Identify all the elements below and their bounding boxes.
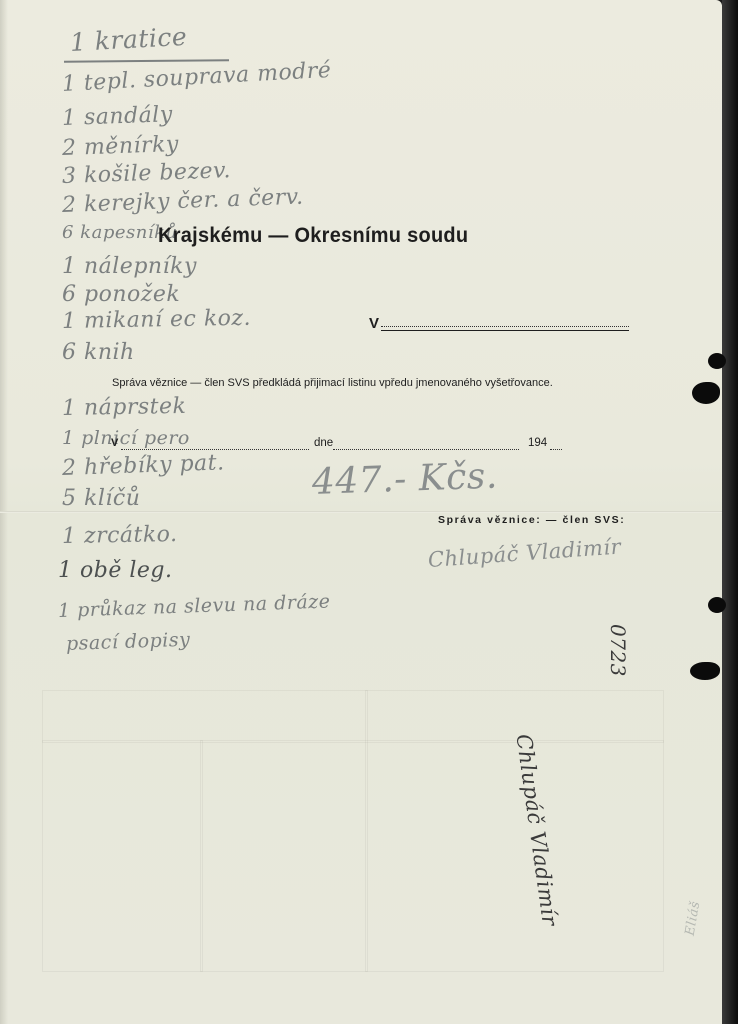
court-location-field[interactable] — [381, 326, 629, 327]
inventory-heading: 1 kratice — [69, 22, 188, 57]
punch-hole — [708, 597, 726, 613]
form-statement: Správa věznice — člen SVS předkládá přij… — [112, 377, 553, 389]
inventory-item: 2 kerejky čer. a červ. — [62, 185, 304, 218]
inventory-item: 2 měnírky — [62, 132, 180, 161]
handwritten-amount: 447.- Kčs. — [311, 456, 498, 503]
handwritten-signature: Chlupáč Vladimír — [427, 535, 622, 572]
show-through-row — [42, 740, 664, 743]
inventory-item: 1 náprstek — [62, 394, 187, 421]
document-page: 1 kratice 1 tepl. souprava modré 1 sandá… — [0, 0, 722, 1024]
court-location-underline — [381, 330, 629, 331]
punch-hole — [708, 353, 726, 369]
inventory-item: 3 košile bezev. — [62, 158, 232, 189]
inventory-item: 1 průkaz na slevu na dráze — [58, 590, 331, 622]
inventory-item: 6 ponožek — [62, 282, 180, 307]
date-field[interactable] — [333, 449, 519, 450]
inventory-item: 1 zrcátko. — [62, 522, 178, 549]
year-prefix: 194 — [528, 437, 547, 449]
inventory-item: psací dopisy — [66, 629, 191, 655]
court-location-label: V — [369, 315, 379, 332]
inventory-item: 2 hřebíky pat. — [62, 450, 225, 481]
show-through-column — [200, 740, 203, 972]
date-label: dne — [314, 437, 333, 449]
place-label: V — [111, 437, 118, 449]
punch-hole — [692, 382, 720, 404]
show-through-table — [42, 690, 664, 972]
inventory-item: 1 mikaní ec koz. — [62, 306, 251, 334]
inventory-item: 5 klíčů — [62, 486, 140, 511]
show-through-column — [365, 690, 368, 972]
inventory-item: 1 nálepníky — [62, 254, 197, 279]
scan-background — [722, 0, 738, 1024]
inventory-heading-underline — [64, 59, 229, 62]
inventory-item: 1 plnicí pero — [62, 427, 190, 449]
form-title: Krajskému — Okresnímu soudu — [158, 224, 468, 248]
inventory-item: 1 tepl. souprava modré — [61, 58, 332, 97]
margin-note: Eliáš — [683, 900, 704, 937]
paper-fold — [0, 511, 722, 513]
punch-hole — [690, 662, 720, 680]
inventory-item: 1 sandály — [62, 102, 174, 131]
inventory-item: 1 obě leg. — [58, 558, 172, 583]
year-field[interactable] — [550, 449, 562, 450]
signature-label: Správa věznice: — člen SVS: — [438, 514, 625, 526]
inventory-item: 6 knih — [62, 340, 135, 365]
margin-number: 0723 — [606, 624, 630, 677]
place-field[interactable] — [121, 449, 309, 450]
